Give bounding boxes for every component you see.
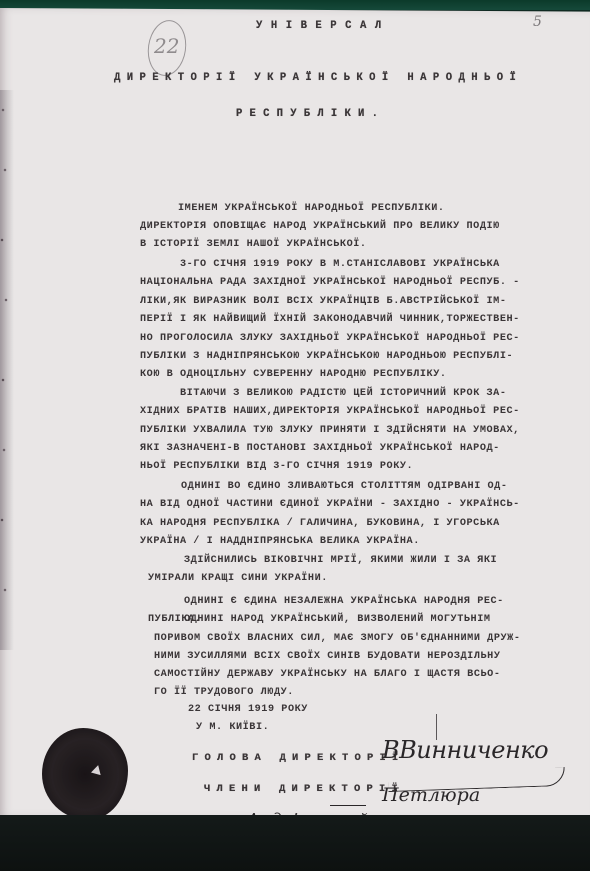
body-line: КА НАРОДНЯ РЕСПУБЛІКА / ГАЛИЧИНА, БУКОВИ… — [140, 518, 500, 529]
body-line: ХІДНИХ БРАТІВ НАШИХ,ДИРЕКТОРІЯ УКРАЇНСЬК… — [140, 406, 520, 417]
body-line: ОДНИНІ ВО ЄДИНО ЗЛИВАЮТЬСЯ СТОЛІТТЯМ ОДІ… — [181, 481, 508, 492]
title-line-2: ДИРЕКТОРІЇ УКРАЇНСЬКОЇ НАРОДНЬОЇ — [114, 72, 522, 84]
body-line: ПЕРІЇ І ЯК НАЙВИЩИЙ ЇХНІЙ ЗАКОНОДАВЧИЙ Ч… — [140, 314, 520, 325]
body-line: ЯКІ ЗАЗНАЧЕНІ-В ПОСТАНОВІ ЗАХІДНЬОЇ УКРА… — [140, 443, 500, 454]
body-line: УКРАЇНА / І НАДДНІПРЯНСЬКА ВЕЛИКА УКРАЇН… — [140, 536, 420, 547]
body-line: ГО ЇЇ ТРУДОВОГО ЛЮДУ. — [154, 687, 294, 698]
body-line: УМІРАЛИ КРАЩІ СИНИ УКРАЇНИ. — [148, 573, 328, 584]
signature-petliura: Петлюра — [382, 784, 480, 806]
body-line: ОДНИНІ НАРОД УКРАЇНСЬКИЙ, ВИЗВОЛЕНИЙ МОГ… — [184, 614, 491, 625]
body-line: НИМИ ЗУСИЛЛЯМИ ВСІХ СВОЇХ СИНІВ БУДОВАТИ… — [154, 651, 501, 662]
body-line: ПОРИВОМ СВОЇХ ВЛАСНИХ СИЛ, МАЄ ЗМОГУ ОБ'… — [154, 633, 521, 644]
place-line: У М. КИЇВІ. — [196, 722, 269, 733]
body-line: НЬОЇ РЕСПУБЛІКИ ВІД 3-ГО СІЧНЯ 1919 РОКУ… — [140, 461, 413, 472]
body-line: ЗДІЙСНИЛИСЬ ВІКОВІЧНІ МРІЇ, ЯКИМИ ЖИЛИ І… — [184, 555, 497, 566]
body-line: ЛІКИ,ЯК ВИРАЗНИК ВОЛІ ВСІХ УКРАЇНЦІВ Б.А… — [140, 296, 507, 307]
head-of-directory-label: ГОЛОВА ДИРЕКТОРІЇ — [192, 752, 405, 764]
body-line: НА ВІД ОДНОЇ ЧАСТИНИ ЄДИНОЇ УКРАЇНИ - ЗА… — [140, 499, 520, 510]
body-line: САМОСТІЙНУ ДЕРЖАВУ УКРАЇНСЬКУ НА БЛАГО І… — [154, 669, 501, 680]
body-line: ІМЕНЕМ УКРАЇНСЬКОЇ НАРОДНЬОЇ РЕСПУБЛІКИ. — [178, 203, 445, 214]
body-line: 3-ГО СІЧНЯ 1919 РОКУ В М.СТАНІСЛАВОВІ УК… — [180, 259, 500, 270]
body-line: ПУБЛІКИ УХВАЛИЛА ТУЮ ЗЛУКУ ПРИНЯТИ І ЗДІ… — [140, 425, 520, 436]
wax-seal — [42, 728, 128, 820]
body-line: КОЮ В ОДНОЦІЛЬНУ СУВЕРЕННУ НАРОДНЮ РЕСПУ… — [140, 369, 447, 380]
body-line: ПУБЛІКИ З НАДНІПРЯНСЬКОЮ УКРАЇНСЬКОЮ НАР… — [140, 351, 513, 362]
page-edge-speckle — [0, 90, 14, 650]
archive-number: 22 — [154, 34, 179, 58]
title-line-3: РЕСПУБЛІКИ. — [236, 108, 385, 120]
signature-underline — [330, 805, 366, 806]
members-of-directory-label: ЧЛЕНИ ДИРЕКТОРІЇ — [204, 783, 404, 795]
title-line-1: УНІВЕРСАЛ — [256, 20, 390, 32]
body-line: НО ПРОГОЛОСИЛА ЗЛУКУ ЗАХІДНЬОЇ УКРАЇНСЬК… — [140, 333, 520, 344]
page-mark: 5 — [533, 14, 542, 30]
body-line: НАЦІОНАЛЬНА РАДА ЗАХІДНОЇ УКРАЇНСЬКОЇ НА… — [140, 277, 520, 288]
background-bottom-edge — [0, 815, 590, 871]
body-line: ВІТАЮЧИ З ВЕЛИКОЮ РАДІСТЮ ЦЕЙ ІСТОРИЧНИЙ… — [180, 388, 507, 399]
body-line: ДИРЕКТОРІЯ ОПОВІЩАЄ НАРОД УКРАЇНСЬКИЙ ПР… — [140, 221, 500, 232]
body-line: ОДНИНІ Є ЄДИНА НЕЗАЛЕЖНА УКРАЇНСЬКА НАРО… — [184, 596, 504, 607]
date-line: 22 СІЧНЯ 1919 РОКУ — [188, 704, 308, 715]
body-line: В ІСТОРІЇ ЗЕМЛІ НАШОЇ УКРАЇНСЬКОЇ. — [140, 239, 367, 250]
signature-vynnychenko: ВВинниченко — [382, 736, 548, 764]
